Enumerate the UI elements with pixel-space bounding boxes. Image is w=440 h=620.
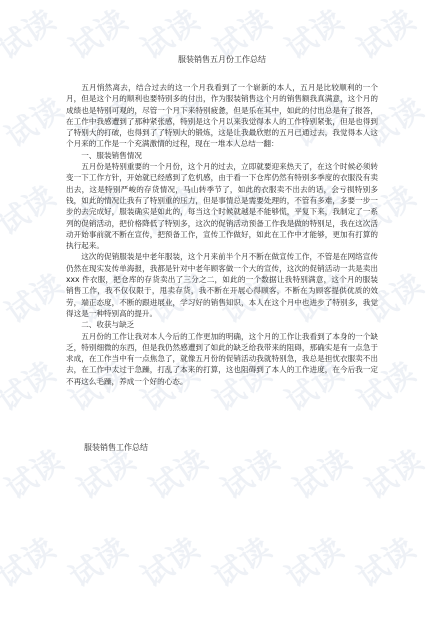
- document-content: 服装销售五月份工作总结 五月悄然离去，结合过去的这一个月我看到了一个崭新的本人，…: [66, 54, 378, 387]
- gains-paragraph-1: 五月份的工作让我对本人今后的工作更加的明确，这个月的工作让我看到了本身的一个缺乏…: [66, 331, 378, 387]
- document-title: 服装销售五月份工作总结: [66, 54, 378, 66]
- watermark-text: 试读: [347, 524, 423, 596]
- watermark-text: 试读: [283, 436, 359, 508]
- watermark-text: 试读: [211, 436, 287, 508]
- watermark-text: 试读: [0, 436, 71, 508]
- watermark-text: 试读: [59, 524, 135, 596]
- watermark-text: 试读: [275, 524, 351, 596]
- section-heading-gains: 二、收获与缺乏: [66, 319, 378, 330]
- section-heading-sales: 一、服装销售情况: [66, 150, 378, 161]
- sales-paragraph-2: 这次的促销服装是中老年服装，这个月来前半个月不断在做宣传工作，不管是在网络宣传仍…: [66, 251, 378, 319]
- watermark-text: 试读: [0, 0, 63, 68]
- watermark-text: 试读: [0, 84, 71, 156]
- watermark-text: 试读: [203, 524, 279, 596]
- watermark-text: 试读: [139, 436, 215, 508]
- document-page: 试读试读试读试读试读试读试读试读试读试读试读试读试读试读试读试读试读试读试读试读…: [0, 0, 440, 620]
- next-document-title: 服装销售工作总结: [84, 442, 148, 454]
- watermark-text: 试读: [0, 260, 71, 332]
- watermark-text: 试读: [131, 524, 207, 596]
- intro-paragraph: 五月悄然离去，结合过去的这一个月我看到了一个崭新的本人，五月是比较顺利的一个月，…: [66, 82, 378, 150]
- sales-paragraph-1: 五月份是特别重要的一个月份，这个月的过去，立即就要迎来热天了，在这个时候必须转变…: [66, 161, 378, 251]
- watermark-text: 试读: [0, 172, 63, 244]
- watermark-text: 试读: [0, 524, 63, 596]
- watermark-text: 试读: [0, 348, 63, 420]
- watermark-text: 试读: [355, 436, 431, 508]
